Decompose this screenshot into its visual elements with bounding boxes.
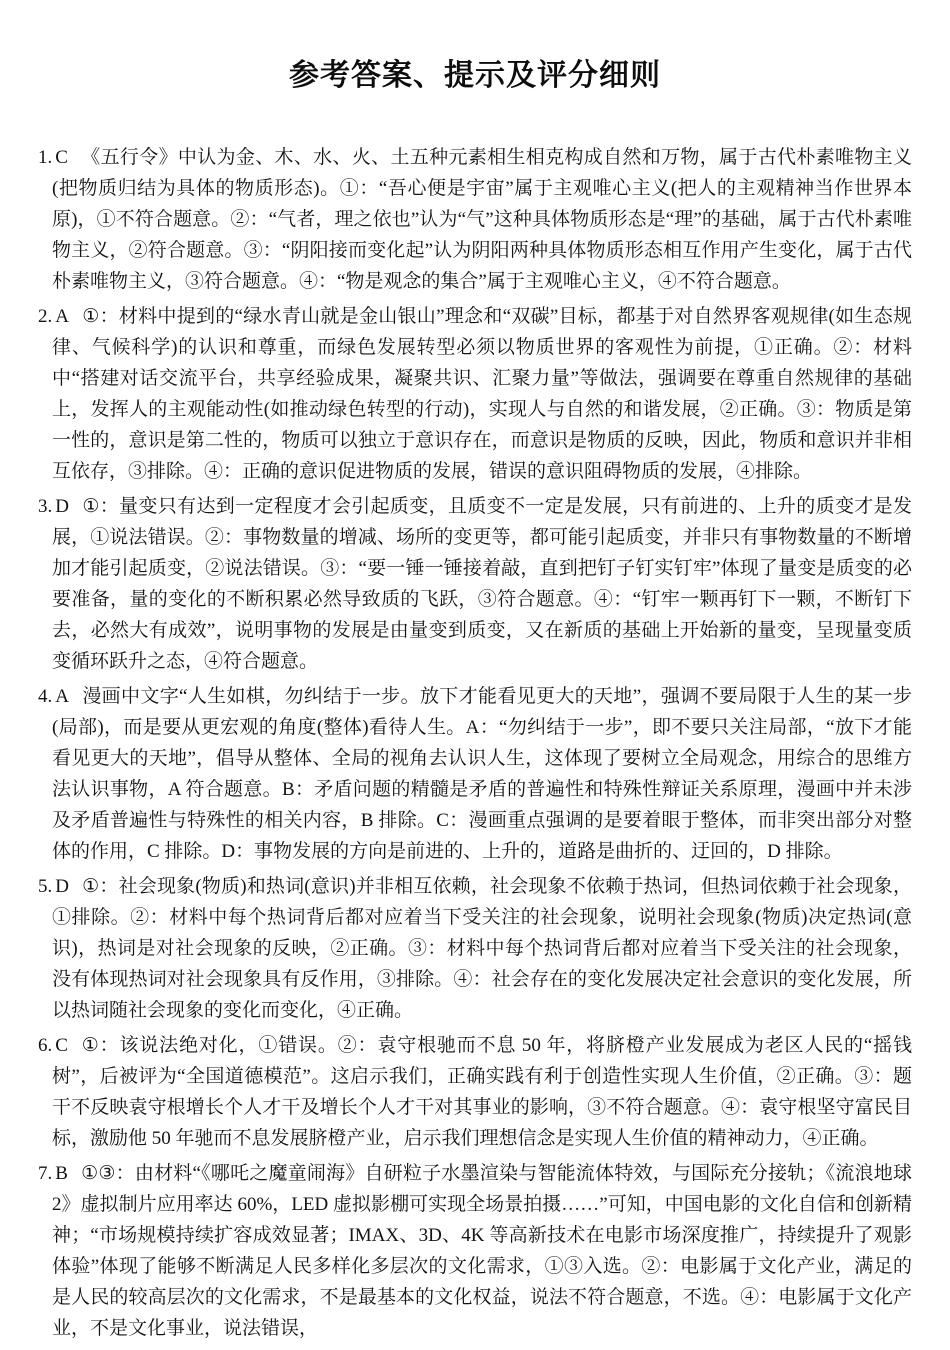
answer-item-2: 2.A①：材料中提到的“绿水青山就是金山银山”理念和“双碳”目标，都基于对自然界… — [38, 301, 912, 487]
answer-letter: C — [55, 1035, 68, 1056]
answer-number: 6. — [38, 1035, 52, 1056]
answer-number: 1. — [38, 147, 52, 168]
answer-letter: C — [55, 147, 68, 168]
answer-text: ①：社会现象(物质)和热词(意识)并非相互依赖，社会现象不依赖于热词，但热词依赖… — [52, 876, 912, 1021]
answer-text: ①：该说法绝对化，①错误。②：袁守根驰而不息 50 年，将脐橙产业发展成为老区人… — [52, 1035, 912, 1149]
answer-number: 5. — [38, 876, 52, 897]
answer-number: 2. — [38, 306, 52, 327]
answer-letter: B — [55, 1163, 68, 1184]
answer-item-6: 6.C①：该说法绝对化，①错误。②：袁守根驰而不息 50 年，将脐橙产业发展成为… — [38, 1030, 912, 1154]
answer-item-5: 5.D①：社会现象(物质)和热词(意识)并非相互依赖，社会现象不依赖于热词，但热… — [38, 871, 912, 1026]
answer-letter: D — [55, 496, 69, 517]
answer-key-page: 参考答案、提示及评分细则 1.C《五行令》中认为金、木、水、火、土五种元素相生相… — [0, 0, 950, 1350]
answer-text: 《五行令》中认为金、木、水、火、土五种元素相生相克构成自然和万物，属于古代朴素唯… — [52, 147, 912, 292]
answer-item-4: 4.A漫画中文字“人生如棋，勿纠结于一步。放下才能看见更大的天地”，强调不要局限… — [38, 681, 912, 867]
answer-text: ①：材料中提到的“绿水青山就是金山银山”理念和“双碳”目标，都基于对自然界客观规… — [52, 306, 912, 482]
answer-item-1: 1.C《五行令》中认为金、木、水、火、土五种元素相生相克构成自然和万物，属于古代… — [38, 142, 912, 297]
page-title: 参考答案、提示及评分细则 — [0, 0, 950, 94]
answer-number: 7. — [38, 1163, 52, 1184]
answers-list: 1.C《五行令》中认为金、木、水、火、土五种元素相生相克构成自然和万物，属于古代… — [38, 142, 912, 1344]
answer-text: ①：量变只有达到一定程度才会引起质变，且质变不一定是发展，只有前进的、上升的质变… — [52, 496, 912, 672]
answer-number: 4. — [38, 686, 52, 707]
answer-item-3: 3.D①：量变只有达到一定程度才会引起质变，且质变不一定是发展，只有前进的、上升… — [38, 491, 912, 677]
answer-letter: A — [55, 686, 69, 707]
answer-letter: D — [55, 876, 69, 897]
answer-number: 3. — [38, 496, 52, 517]
answer-letter: A — [55, 306, 69, 327]
answer-item-7: 7.B①③：由材料“《哪吒之魔童闹海》自研粒子水墨渲染与智能流体特效，与国际充分… — [38, 1158, 912, 1344]
answer-text: 漫画中文字“人生如棋，勿纠结于一步。放下才能看见更大的天地”，强调不要局限于人生… — [52, 686, 912, 862]
answer-text: ①③：由材料“《哪吒之魔童闹海》自研粒子水墨渲染与智能流体特效，与国际充分接轨；… — [52, 1163, 912, 1339]
